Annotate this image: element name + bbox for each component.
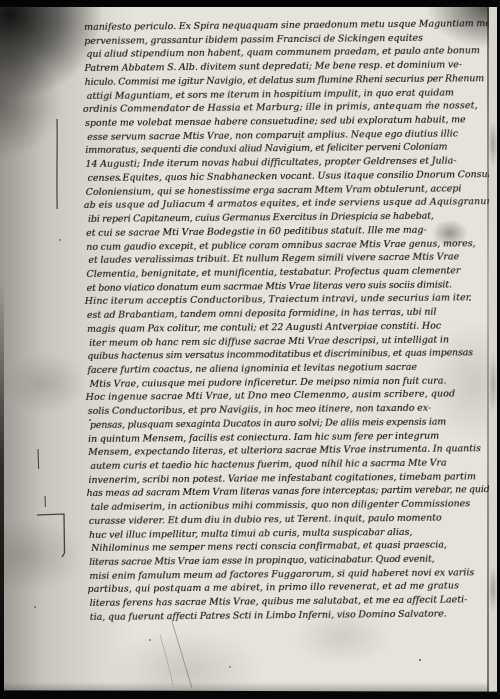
paper-scratch (160, 635, 173, 685)
manuscript-page: manifesto periculo. Ex Spira nequaquam s… (0, 7, 489, 692)
manuscript-line: tia, qua fuerunt affecti Patres Scti in … (90, 607, 496, 625)
page-edge-strip (489, 7, 497, 692)
paper-scratch (172, 622, 192, 688)
manuscript-scan: manifesto periculo. Ex Spira nequaquam s… (0, 0, 500, 699)
scan-border-bottom (0, 690, 500, 699)
margin-flag-mark (37, 514, 65, 557)
scan-border-top (0, 0, 500, 6)
margin-dash-icon (38, 449, 39, 469)
manuscript-text-block: manifesto periculo. Ex Spira nequaquam s… (84, 17, 496, 624)
scan-border-left (0, 280, 4, 692)
